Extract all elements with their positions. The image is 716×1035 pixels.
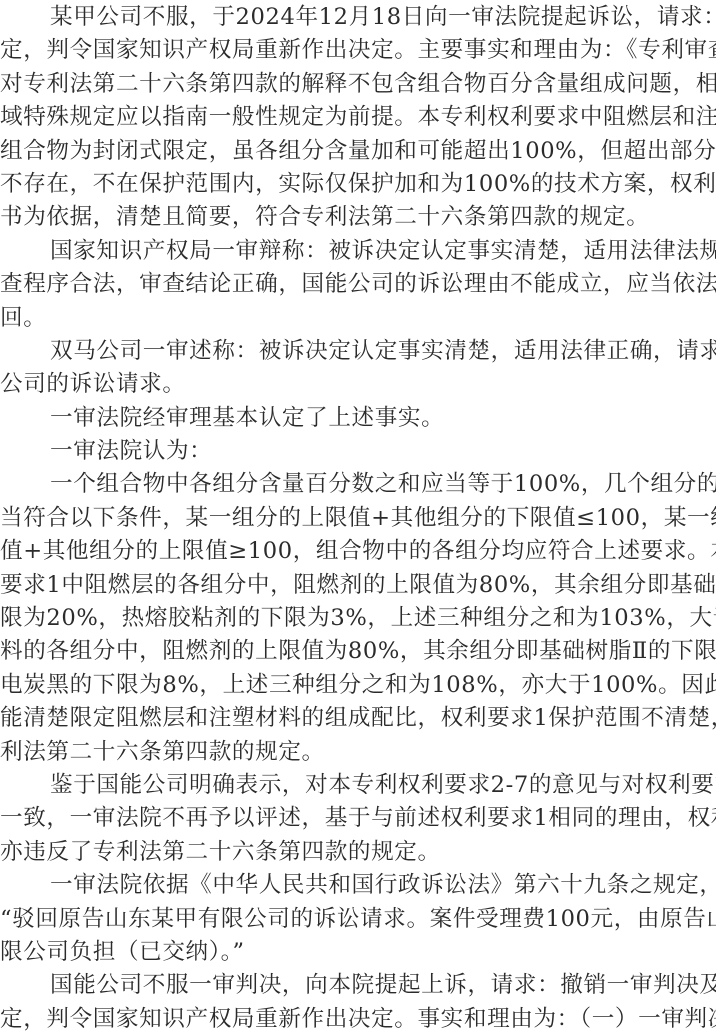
- text-line: 对专利法第二十六条第四款的解释不包含组合物百分含量组成问题，相关化学领: [0, 68, 716, 101]
- paragraph-court-holds-intro: 一审法院认为：: [0, 435, 716, 468]
- paragraph-shuangma-statement: 双马公司一审述称：被诉决定认定事实清楚，适用法律正确，请求驳回国能 公司的诉讼请…: [0, 335, 716, 402]
- paragraph-appeal-claim: 国能公司不服一审判决，向本院提起上诉，请求：撤销一审判决及被诉决 定，判令国家知…: [0, 969, 716, 1035]
- text-line: 查程序合法，审查结论正确，国能公司的诉讼理由不能成立，应当依法予以驳: [0, 268, 716, 301]
- text-line: 鉴于国能公司明确表示，对本专利权利要求2-7的意见与对权利要求1的意见: [0, 769, 716, 802]
- text-line: 一审法院经审理基本认定了上述事实。: [0, 402, 716, 435]
- text-line: 一审法院认为：: [0, 435, 716, 468]
- text-line: 书为依据，清楚且简要，符合专利法第二十六条第四款的规定。: [0, 201, 716, 234]
- text-line: 公司的诉讼请求。: [0, 368, 716, 401]
- text-line: 某甲公司不服，于2024年12月18日向一审法院提起诉讼，请求：撤销被诉决: [0, 1, 716, 34]
- paragraph-court-facts-confirmed: 一审法院经审理基本认定了上述事实。: [0, 402, 716, 435]
- text-line: 利法第二十六条第四款的规定。: [0, 736, 716, 769]
- paragraph-first-instance-judgment: 一审法院依据《中华人民共和国行政诉讼法》第六十九条之规定，判决： “驳回原告山东…: [0, 869, 716, 969]
- text-line: 域特殊规定应以指南一般性规定为前提。本专利权利要求中阻燃层和注塑材料的: [0, 101, 716, 134]
- text-line: 一致，一审法院不再予以评述，基于与前述权利要求1相同的理由，权利要求2-7: [0, 802, 716, 835]
- text-line: 双马公司一审述称：被诉决定认定事实清楚，适用法律正确，请求驳回国能: [0, 335, 716, 368]
- text-line: 亦违反了专利法第二十六条第四款的规定。: [0, 836, 716, 869]
- text-line: 限为20%，热熔胶粘剂的下限为3%，上述三种组分之和为103%，大于100%。注…: [0, 602, 716, 635]
- paragraph-court-reasoning-claims-2-7: 鉴于国能公司明确表示，对本专利权利要求2-7的意见与对权利要求1的意见 一致，一…: [0, 769, 716, 869]
- text-line: 一个组合物中各组分含量百分数之和应当等于100%，几个组分的含量范围应: [0, 468, 716, 501]
- text-line: 值+其他组分的上限值≥100，组合物中的各组分均应符合上述要求。本专利权利: [0, 535, 716, 568]
- text-line: 国能公司不服一审判决，向本院提起上诉，请求：撤销一审判决及被诉决: [0, 969, 716, 1002]
- text-line: 一审法院依据《中华人民共和国行政诉讼法》第六十九条之规定，判决：: [0, 869, 716, 902]
- text-line: 限公司负担（已交纳）。”: [0, 936, 716, 969]
- document-page: 某甲公司不服，于2024年12月18日向一审法院提起诉讼，请求：撤销被诉决 定，…: [0, 1, 716, 1035]
- text-line: “驳回原告山东某甲有限公司的诉讼请求。案件受理费100元，由原告山东某甲有: [0, 903, 716, 936]
- text-line: 组合物为封闭式限定，虽各组分含量加和可能超出100%，但超出部分的技术方案: [0, 135, 716, 168]
- text-line: 定，判令国家知识产权局重新作出决定。主要事实和理由为：《专利审查指南》: [0, 34, 716, 67]
- text-line: 回。: [0, 302, 716, 335]
- text-line: 国家知识产权局一审辩称：被诉决定认定事实清楚，适用法律法规正确，审: [0, 235, 716, 268]
- text-line: 不存在，不在保护范围内，实际仅保护加和为100%的技术方案，权利要求以说明: [0, 168, 716, 201]
- paragraph-court-reasoning-claim-1: 一个组合物中各组分含量百分数之和应当等于100%，几个组分的含量范围应 当符合以…: [0, 468, 716, 769]
- text-line: 料的各组分中，阻燃剂的上限值为80%，其余组分即基础树脂Ⅱ的下限为20%，导: [0, 635, 716, 668]
- text-line: 电炭黑的下限为8%，上述三种组分之和为108%，亦大于100%。因此，权利要求1…: [0, 669, 716, 702]
- text-line: 定，判令国家知识产权局重新作出决定。事实和理由为：（一）一审判决没有按: [0, 1003, 716, 1035]
- text-line: 当符合以下条件，某一组分的上限值+其他组分的下限值≤100，某一组分的下限: [0, 502, 716, 535]
- paragraph-plaintiff-first-instance-claim: 某甲公司不服，于2024年12月18日向一审法院提起诉讼，请求：撤销被诉决 定，…: [0, 1, 716, 235]
- text-line: 要求1中阻燃层的各组分中，阻燃剂的上限值为80%，其余组分即基础树脂Ⅰ的下: [0, 569, 716, 602]
- paragraph-cnipa-defense: 国家知识产权局一审辩称：被诉决定认定事实清楚，适用法律法规正确，审 查程序合法，…: [0, 235, 716, 335]
- text-line: 能清楚限定阻燃层和注塑材料的组成配比，权利要求1保护范围不清楚，违反了专: [0, 702, 716, 735]
